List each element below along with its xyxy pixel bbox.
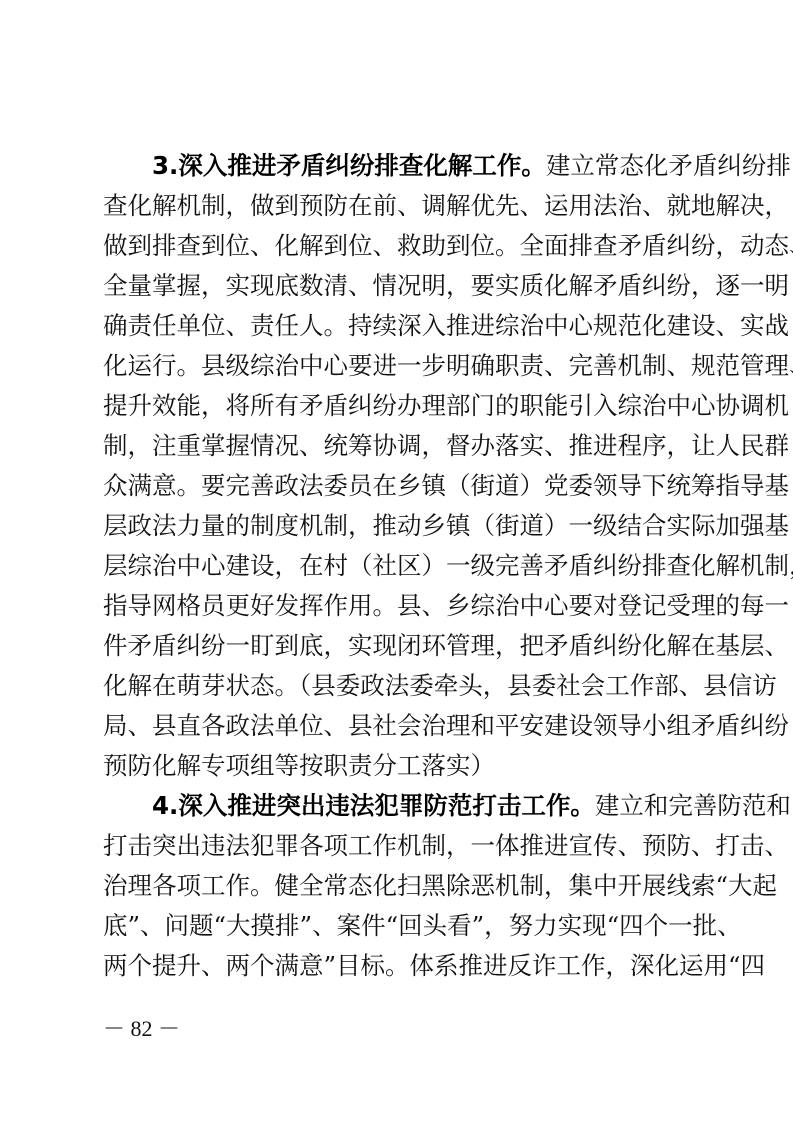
paragraph-line: 提升效能，将所有矛盾纠纷办理部门的职能引入综治中心协调机 — [103, 386, 693, 426]
paragraph-line: 预防化解专项组等按职责分工落实） — [103, 746, 693, 786]
paragraph-text: 建立和完善防范和 — [595, 791, 791, 820]
paragraph-line: 确责任单位、责任人。持续深入推进综治中心规范化建设、实战 — [103, 306, 693, 346]
paragraph-line: 局、县直各政法单位、县社会治理和平安建设领导小组矛盾纠纷 — [103, 706, 693, 746]
paragraph-line: 层综治中心建设，在村（社区）一级完善矛盾纠纷排查化解机制， — [103, 546, 693, 586]
paragraph-line: 化运行。县级综治中心要进一步明确职责、完善机制、规范管理、 — [103, 346, 693, 386]
document-page: 3.深入推进矛盾纠纷排查化解工作。建立常态化矛盾纠纷排 查化解机制，做到预防在前… — [0, 0, 793, 1122]
paragraph-line: 全量掌握，实现底数清、情况明，要实质化解矛盾纠纷，逐一明 — [103, 266, 693, 306]
paragraph-line: 件矛盾纠纷一盯到底，实现闭环管理，把矛盾纠纷化解在基层、 — [103, 626, 693, 666]
section-4-first-line: 4.深入推进突出违法犯罪防范打击工作。建立和完善防范和 — [152, 786, 693, 826]
paragraph-line: 打击突出违法犯罪各项工作机制，一体推进宣传、预防、打击、 — [103, 826, 693, 866]
paragraph-line: 底”、问题“大摸排”、案件“回头看”，努力实现“四个一批、 — [103, 906, 693, 946]
section-3-first-line: 3.深入推进矛盾纠纷排查化解工作。建立常态化矛盾纠纷排 — [152, 146, 693, 186]
paragraph-text: 建立常态化矛盾纠纷排 — [546, 151, 791, 180]
section-4-heading: 4.深入推进突出违法犯罪防范打击工作。 — [152, 791, 595, 820]
paragraph-line: 众满意。要完善政法委员在乡镇（街道）党委领导下统筹指导基 — [103, 466, 693, 506]
paragraph-line: 化解在萌芽状态。（县委政法委牵头，县委社会工作部、县信访 — [103, 666, 693, 706]
paragraph-line: 两个提升、两个满意”目标。体系推进反诈工作，深化运用“四 — [103, 946, 693, 986]
paragraph-line: 查化解机制，做到预防在前、调解优先、运用法治、就地解决， — [103, 186, 693, 226]
paragraph-line: 层政法力量的制度机制，推动乡镇（街道）一级结合实际加强基 — [103, 506, 693, 546]
paragraph-line: 制，注重掌握情况、统筹协调，督办落实、推进程序，让人民群 — [103, 426, 693, 466]
paragraph-line: 指导网格员更好发挥作用。县、乡综治中心要对登记受理的每一 — [103, 586, 693, 626]
paragraph-line: 治理各项工作。健全常态化扫黑除恶机制，集中开展线索“大起 — [103, 866, 693, 906]
section-3-heading: 3.深入推进矛盾纠纷排查化解工作。 — [152, 151, 546, 180]
paragraph-line: 做到排查到位、化解到位、救助到位。全面排查矛盾纠纷，动态、 — [103, 226, 693, 266]
page-number: － 82 － — [103, 1012, 180, 1043]
